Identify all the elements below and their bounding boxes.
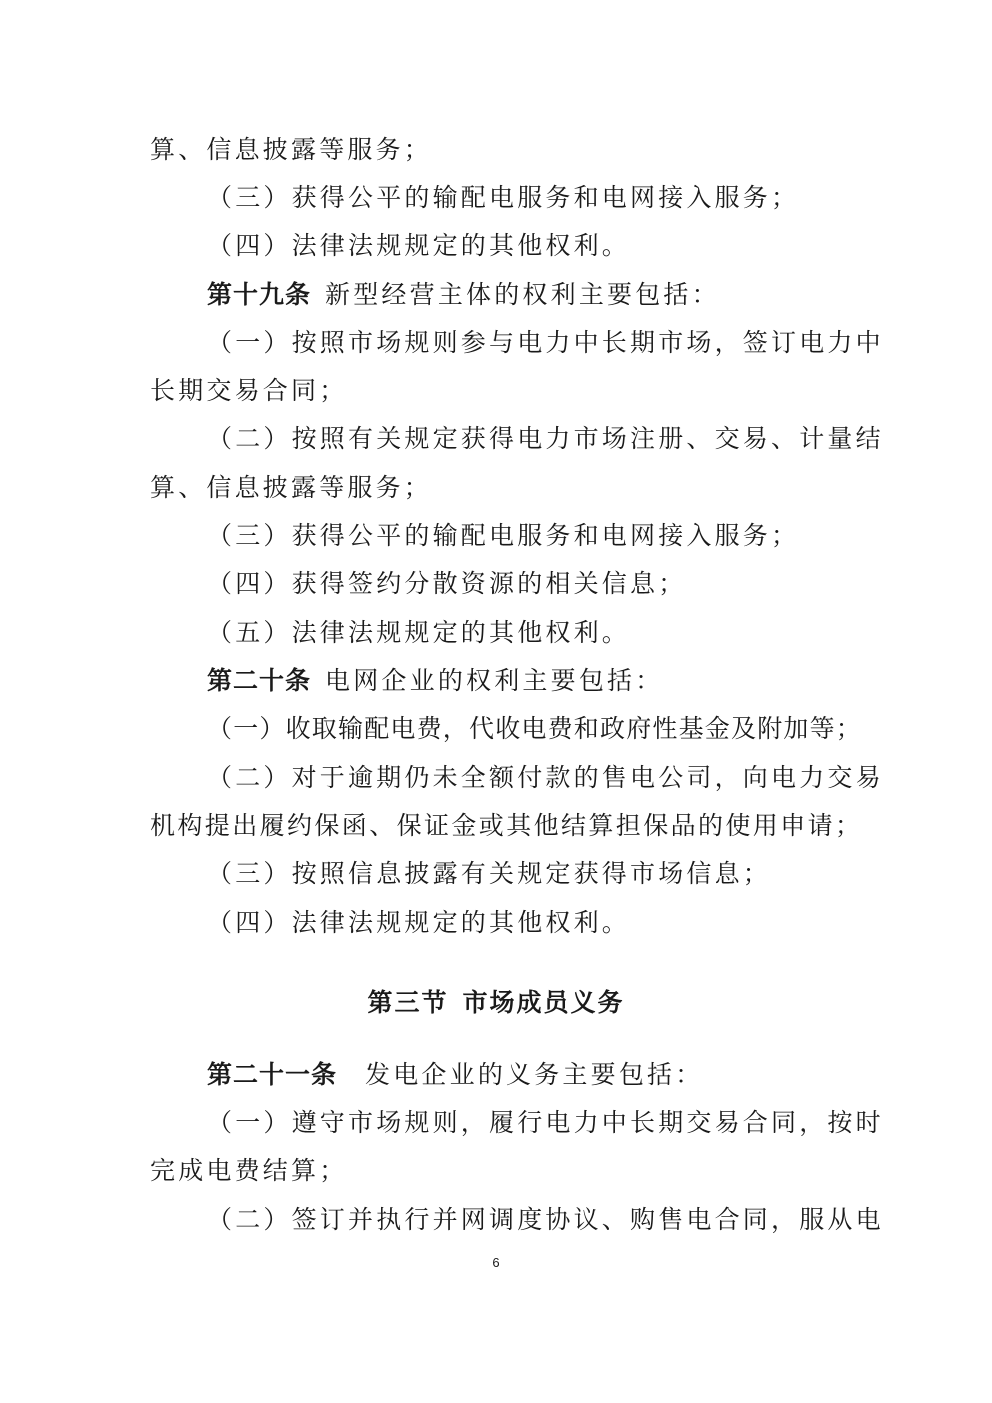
list-item: （四）法律法规规定的其他权利。 <box>0 907 992 939</box>
list-item: （四）获得签约分散资源的相关信息； <box>0 568 992 600</box>
list-item: （三）获得公平的输配电服务和电网接入服务； <box>0 520 992 552</box>
list-item: （二）按照有关规定获得电力市场注册、交易、计量结 <box>0 423 992 455</box>
article-heading: 第二十条电网企业的权利主要包括： <box>0 665 992 697</box>
article-text: 电网企业的权利主要包括： <box>325 666 663 695</box>
list-item: （二）签订并执行并网调度协议、购售电合同，服从电 <box>0 1204 992 1236</box>
list-item: （一）按照市场规则参与电力中长期市场，签订电力中 <box>0 327 992 359</box>
section-title: 第三节市场成员义务 <box>0 983 992 1019</box>
article-number: 第二十条 <box>207 666 311 695</box>
list-item: （二）对于逾期仍未全额付款的售电公司，向电力交易 <box>0 762 992 794</box>
list-item: （五）法律法规规定的其他权利。 <box>0 617 992 649</box>
list-item: （三）按照信息披露有关规定获得市场信息； <box>0 858 992 890</box>
section-number: 第三节 <box>367 988 448 1017</box>
section-name: 市场成员义务 <box>463 988 625 1017</box>
article-heading: 第十九条新型经营主体的权利主要包括： <box>0 279 992 311</box>
article-number: 第十九条 <box>207 280 311 309</box>
article-heading: 第二十一条发电企业的义务主要包括： <box>0 1059 992 1091</box>
article-text: 新型经营主体的权利主要包括： <box>325 280 720 309</box>
text-line: 机构提出履约保函、保证金或其他结算担保品的使用申请； <box>0 810 992 842</box>
text-line: 算、信息披露等服务； <box>0 134 992 166</box>
page-number: 6 <box>0 1255 992 1270</box>
article-number: 第二十一条 <box>207 1060 337 1089</box>
list-item: （四）法律法规规定的其他权利。 <box>0 230 992 262</box>
text-line: 算、信息披露等服务； <box>0 472 992 504</box>
list-item: （一）遵守市场规则，履行电力中长期交易合同，按时 <box>0 1107 992 1139</box>
list-item: （一）收取输配电费，代收电费和政府性基金及附加等； <box>0 713 992 745</box>
text-line: 完成电费结算； <box>0 1155 992 1187</box>
text-line: 长期交易合同； <box>0 375 992 407</box>
article-text: 发电企业的义务主要包括： <box>365 1060 703 1089</box>
list-item: （三）获得公平的输配电服务和电网接入服务； <box>0 182 992 214</box>
